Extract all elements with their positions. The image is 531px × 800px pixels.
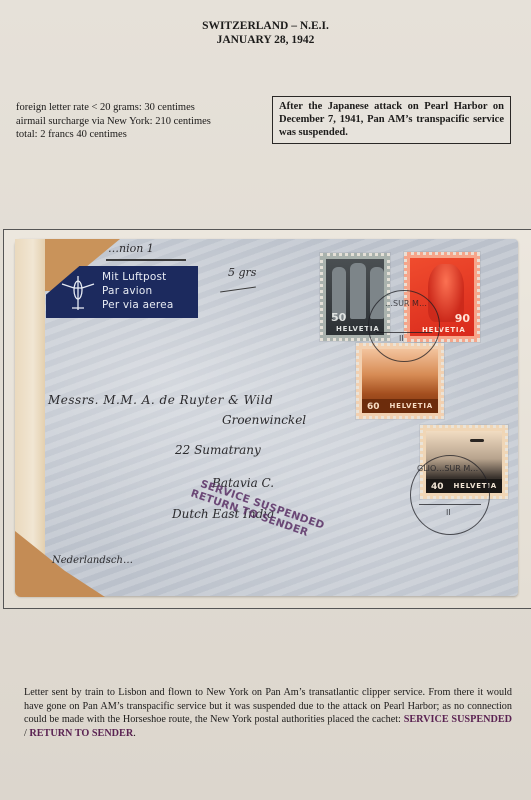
- stamp-country: HELVETIA: [389, 402, 433, 410]
- handwritten-strike: [106, 259, 186, 261]
- address-line-2: Groenwinckel: [222, 413, 306, 427]
- airmail-line-de: Mit Luftpost: [102, 270, 173, 284]
- address-line-1: Messrs. M.M. A. de Ruyter & Wild: [48, 393, 273, 407]
- handwritten-weight: 5 grs: [228, 266, 256, 279]
- stamp-value: 50: [331, 311, 346, 324]
- historical-note-box: After the Japanese attack on Pearl Harbo…: [272, 96, 511, 144]
- cover-description: Letter sent by train to Lisbon and flown…: [24, 686, 512, 740]
- handwritten-bottom-note: Nederlandsch…: [52, 555, 133, 566]
- cachet-highlight-1: SERVICE SUSPENDED: [404, 714, 512, 725]
- rate-line: foreign letter rate < 20 grams: 30 centi…: [16, 101, 211, 115]
- postmark-upper: …SUR M… II: [368, 290, 440, 362]
- airplane-icon: [60, 272, 96, 314]
- page-header: SWITZERLAND – N.E.I. JANUARY 28, 1942: [0, 19, 531, 47]
- handwritten-top-note: …nion 1: [108, 242, 154, 255]
- airmail-line-fr: Par avion: [102, 284, 173, 298]
- rate-line: airmail surcharge via New York: 210 cent…: [16, 115, 211, 129]
- address-line-3: 22 Sumatrany: [175, 443, 261, 457]
- postage-rates: foreign letter rate < 20 grams: 30 centi…: [16, 101, 211, 142]
- airmail-line-it: Per via aerea: [102, 298, 173, 312]
- postmark-text: …SUR M…: [385, 299, 427, 308]
- stamp-value: 60: [367, 402, 380, 412]
- postmark-code: II: [399, 334, 404, 343]
- stamp-value: 90: [455, 312, 470, 325]
- description-end: .: [133, 728, 136, 739]
- page-date: JANUARY 28, 1942: [0, 33, 531, 47]
- rate-line: total: 2 francs 40 centimes: [16, 128, 211, 142]
- postmark-text: GLIO…SUR M…: [417, 464, 478, 473]
- historical-note-text: After the Japanese attack on Pearl Harbo…: [279, 101, 504, 138]
- postmark-lower: GLIO…SUR M… II: [410, 455, 490, 535]
- page-title: SWITZERLAND – N.E.I.: [0, 19, 531, 33]
- cachet-highlight-2: RETURN TO SENDER: [29, 728, 133, 739]
- postmark-code: II: [446, 508, 451, 517]
